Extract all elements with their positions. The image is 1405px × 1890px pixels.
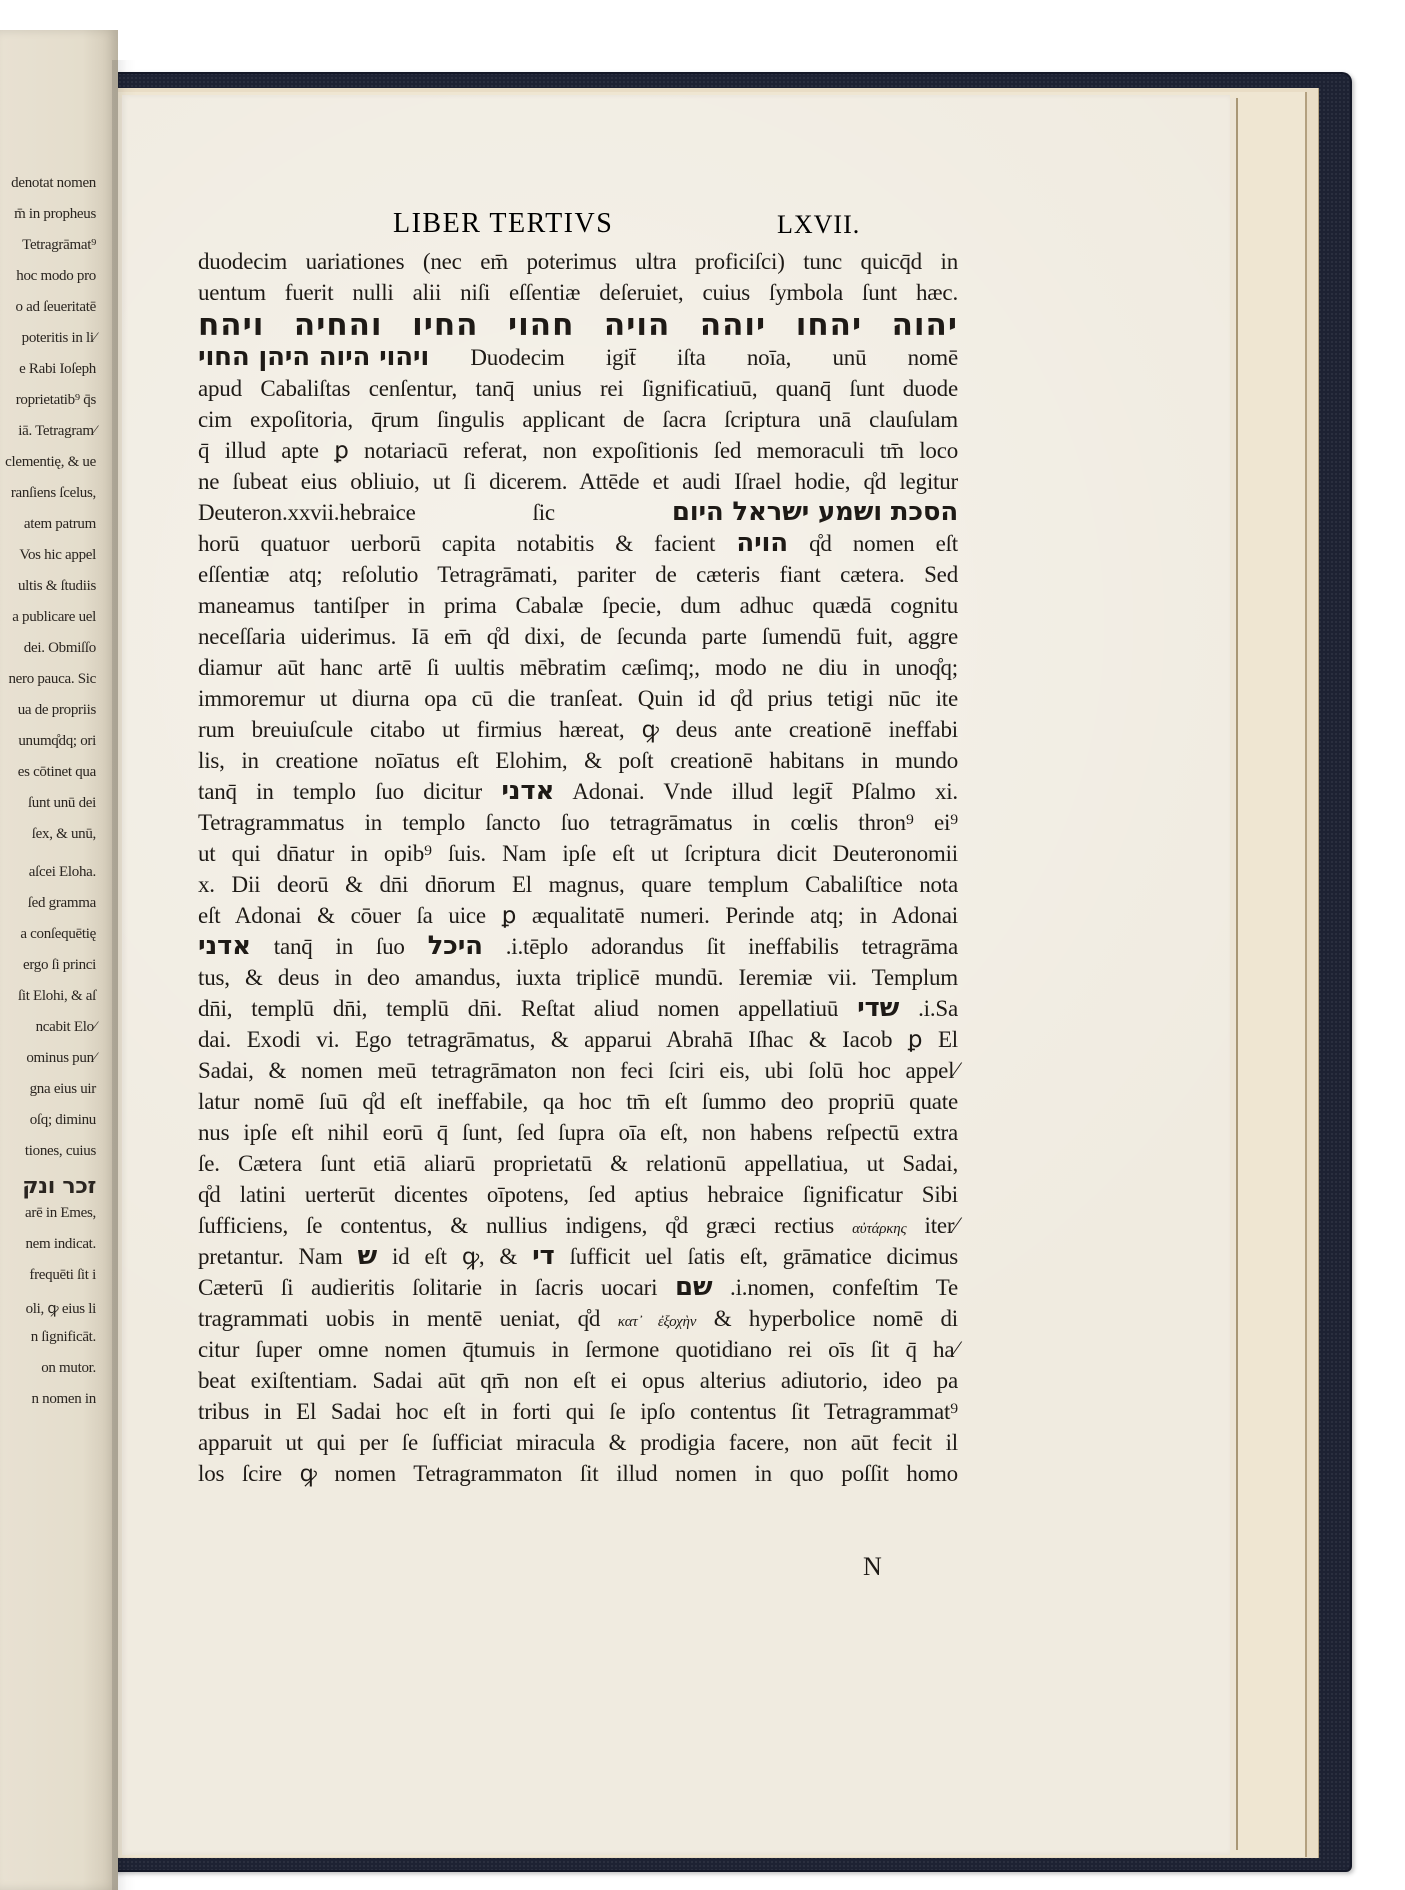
latin-text: duodecim uariationes (nec em̄ poterimus … [198,249,958,274]
text-fragment: aſcei Eloha. [29,864,96,881]
text-fragment: ſit Elohi, & aſ [18,988,96,1005]
text-fragment: Vos hic appel [19,547,96,564]
text-fragment: atem patrum [24,516,96,533]
text-line: Sadai, & nomen meū tetragrāmaton non fec… [198,1055,958,1086]
text-fragment: denotat nomen [11,175,96,192]
text-fragment: nem indicat. [25,1236,96,1253]
text-fragment: ſex, & unū, [32,826,96,843]
latin-text: Adonai. Vnde illud legit̄ Pſalmo xi. [572,779,958,804]
latin-text: q̊d latini uerterūt dicentes oīpotens, ſ… [198,1182,958,1207]
latin-text: ſufficit uel ſatis eſt, grāmatice dicimu… [570,1244,958,1269]
latin-text: .i.tēplo adorandus ſit ineffabilis tetra… [506,934,958,959]
text-fragment: a conſequētię [20,926,96,943]
text-line: ne ſubeat eius obliuio, ut ſi dicerem. A… [198,466,958,497]
latin-text: Cæterū ſi audieritis ſolitarie in ſacris… [198,1275,657,1300]
latin-text: ut qui dn̄atur in opib⁹ ſuis. Nam ipſe e… [198,841,958,866]
text-fragment: gna eius uir [30,1081,96,1098]
text-fragment: es cōtinet qua [18,764,96,781]
text-fragment: poteritis in li⁄ [22,330,96,347]
text-line: los ſcire ꝙ nomen Tetragrammaton ſit ill… [198,1458,958,1489]
text-line: ſe. Cætera ſunt etiā aliarū proprietatū … [198,1148,958,1179]
latin-text: dai. Exodi vi. Ego tetragrāmatus, & appa… [198,1027,958,1052]
latin-text: pretantur. Nam [198,1244,343,1269]
latin-text: Sadai, & nomen meū tetragrāmaton non fec… [198,1058,958,1083]
text-line: nus ipſe eſt nihil eorū q̄ ſunt, ſed ſup… [198,1117,958,1148]
latin-text: horū quatuor uerborū capita notabitis & … [198,531,715,556]
text-line: q̄ illud apte ꝑ notariacū referat, non e… [198,435,958,466]
latin-text: eſt Adonai & cōuer ſa uice ꝑ æqualitatē … [198,903,958,928]
text-line: ſufficiens, ſe contentus, & nullius indi… [198,1210,958,1241]
text-fragment: n nomen in [32,1391,97,1408]
text-line: Tetragrammatus in templo ſancto ſuo tetr… [198,807,958,838]
latin-text: dn̄i, templū dn̄i, templū dn̄i. Reſtat a… [198,996,838,1021]
latin-text: tragrammati uobis in mentē ueniat, q̊d [198,1306,600,1331]
latin-text: citur ſuper omne nomen q̄tumuis in ſermo… [198,1337,958,1362]
text-fragment: e Rabi Ioſeph [19,361,96,378]
text-line: maneamus tantiſper in prima Cabalæ ſpeci… [198,590,958,621]
text-fragment: ergo ſi princi [23,957,96,974]
hebrew-line: יהוה יהחו יוהה הויה חהוי החיו והחיה ויהח [198,307,958,343]
text-fragment: dei. Obmiſſo [24,640,96,657]
hebrew-word: די [532,1241,555,1272]
text-fragment: clementię, & ue [5,454,96,471]
text-line: tus, & deus in deo amandus, iuxta tripli… [198,962,958,993]
hebrew-word: ויהוי היוה היהן החוי [198,342,429,373]
greek-word: αὐτάρκης [852,1221,906,1237]
text-fragment: ua de propriis [18,702,96,719]
text-line: duodecim uariationes (nec em̄ poterimus … [198,246,958,277]
hebrew-word: אדני [198,931,251,962]
text-fragment: frequēti ſit i [29,1267,96,1284]
text-line: Deuteron.xxvii.hebraice ſic הסכת ושמע יש… [198,497,958,528]
text-fragment: ncabit Elo⁄ [36,1019,96,1036]
latin-text: neceſſaria uiderimus. Iā em̄ q̊d dixi, d… [198,624,958,649]
hebrew-word: הויה [736,528,788,559]
latin-text: tribus in El Sadai hoc eſt in forti qui … [198,1399,958,1424]
text-line: dai. Exodi vi. Ego tetragrāmatus, & appa… [198,1024,958,1055]
text-line: Cæterū ſi audieritis ſolitarie in ſacris… [198,1272,958,1303]
hebrew-word: אדני [501,776,554,807]
text-fragment: ominus pun⁄ [26,1050,96,1067]
text-line: ut qui dn̄atur in opib⁹ ſuis. Nam ipſe e… [198,838,958,869]
text-line: immoremur ut diurna opa cū die tranſeat.… [198,683,958,714]
hebrew-word: שם [675,1272,712,1303]
text-fragment: n ſignificāt. [31,1329,96,1346]
latin-text: apparuit ut qui per ſe ſufficiat miracul… [198,1430,958,1455]
signature-mark: N [863,1552,882,1582]
text-line: eſt Adonai & cōuer ſa uice ꝑ æqualitatē … [198,900,958,931]
latin-text: diamur aūt hanc artē ſi uultis mēbratim … [198,655,958,680]
text-fragment: o ad ſeueritatē [16,299,96,316]
text-line: citur ſuper omne nomen q̄tumuis in ſermo… [198,1334,958,1365]
text-line: latur nomē ſuū q̊d eſt ineffabile, qa ho… [198,1086,958,1117]
folio-number: LXVII. [777,210,860,240]
text-fragment: ultis & ſtudiis [18,578,96,595]
text-line: uentum fuerit nulli alii niſi eſſentiæ d… [198,277,958,308]
text-fragment: oſq; diminu [30,1112,96,1129]
latin-text: ne ſubeat eius obliuio, ut ſi dicerem. A… [198,469,958,494]
greek-word: κατ᾽ ἐξοχὴν [618,1314,697,1330]
text-line: אדני tanq̄ in ſuo היכל .i.tēplo adorandu… [198,931,958,962]
text-line: horū quatuor uerborū capita notabitis & … [198,528,958,559]
latin-text: latur nomē ſuū q̊d eſt ineffabile, qa ho… [198,1089,958,1114]
text-line: dn̄i, templū dn̄i, templū dn̄i. Reſtat a… [198,993,958,1024]
latin-text: immoremur ut diurna opa cū die tranſeat.… [198,686,958,711]
latin-text: x. Dii deorū & dn̄i dn̄orum El magnus, q… [198,872,958,897]
text-fragment: ranſiens ſcelus, [11,485,96,502]
latin-text: tanq̄ in templo ſuo dicitur [198,779,482,804]
text-fragment: unumq̊dq; ori [18,733,96,750]
text-fragment: a publicare uel [12,609,96,626]
running-title: LIBER TERTIVS [393,208,613,240]
latin-text: Duodecim igit̄ iſta noīa, unū nomē [470,345,958,370]
latin-text: Tetragrammatus in templo ſancto ſuo tetr… [198,810,958,835]
latin-text: rum breuiuſcule citabo ut firmius hæreat… [198,717,958,742]
text-line: tragrammati uobis in mentē ueniat, q̊d κ… [198,1303,958,1334]
latin-text: lis, in creatione noīatus eſt Elohim, & … [198,748,958,773]
text-line: apud Cabaliſtas cenſentur, tanq̄ unius r… [198,373,958,404]
latin-text: eſſentiæ atq; reſolutio Tetragrāmati, pa… [198,562,958,587]
hebrew-word: היכל [428,931,483,962]
text-fragment: ſunt unū dei [28,795,96,812]
text-line: tanq̄ in templo ſuo dicitur אדני Adonai.… [198,776,958,807]
latin-text: ſufficiens, ſe contentus, & nullius indi… [198,1213,834,1238]
latin-text: q̄ illud apte ꝑ notariacū referat, non e… [198,438,958,463]
text-line: יהוה יהחו יוהה הויה חהוי החיו והחיה ויהח [198,308,958,342]
latin-text: nus ipſe eſt nihil eorū q̄ ſunt, ſed ſup… [198,1120,958,1145]
latin-text: Deuteron.xxvii.hebraice ſic [198,500,555,525]
text-line: apparuit ut qui per ſe ſufficiat miracul… [198,1427,958,1458]
text-line: rum breuiuſcule citabo ut firmius hæreat… [198,714,958,745]
latin-text: beat exiſtentiam. Sadai aūt qm̄ non eſt … [198,1368,958,1393]
left-page-fragment: denotat nomenm̄ in propheusTetragrāmat⁹h… [0,30,118,1890]
text-fragment: roprietatib⁹ q̄s [16,392,96,409]
text-line: x. Dii deorū & dn̄i dn̄orum El magnus, q… [198,869,958,900]
latin-text: cim expoſitoria, q̄rum ſingulis applican… [198,407,958,432]
text-fragment: tiones, cuius [25,1143,96,1160]
text-fragment: Tetragrāmat⁹ [22,237,96,254]
text-line: beat exiſtentiam. Sadai aūt qm̄ non eſt … [198,1365,958,1396]
text-line: tribus in El Sadai hoc eſt in forti qui … [198,1396,958,1427]
text-line: neceſſaria uiderimus. Iā em̄ q̊d dixi, d… [198,621,958,652]
latin-text: & hyperbolice nomē di [714,1306,958,1331]
text-fragment: arē in Emes, [25,1205,96,1222]
latin-text: los ſcire ꝙ nomen Tetragrammaton ſit ill… [198,1461,958,1486]
latin-text: uentum fuerit nulli alii niſi eſſentiæ d… [198,280,958,305]
text-fragment: m̄ in propheus [14,206,96,223]
latin-text: q̊d nomen eſt [809,531,958,556]
text-fragment: on mutor. [41,1360,96,1377]
text-fragment: iā. Tetragram⁄ [18,423,96,440]
text-line: cim expoſitoria, q̄rum ſingulis applican… [198,404,958,435]
hebrew-word: ש [358,1241,378,1272]
latin-text: iter⁄ [925,1213,959,1238]
text-block: duodecim uariationes (nec em̄ poterimus … [198,246,958,1489]
text-line: q̊d latini uerterūt dicentes oīpotens, ſ… [198,1179,958,1210]
text-line: eſſentiæ atq; reſolutio Tetragrāmati, pa… [198,559,958,590]
text-line: pretantur. Nam ש id eſt ꝙ, & די ſufficit… [198,1241,958,1272]
text-line: diamur aūt hanc artē ſi uultis mēbratim … [198,652,958,683]
running-head: LIBER TERTIVS LXVII. [225,208,985,242]
latin-text: apud Cabaliſtas cenſentur, tanq̄ unius r… [198,376,958,401]
latin-text: id eſt ꝙ, & [392,1244,517,1269]
text-fragment: ſed gramma [28,895,96,912]
text-fragment: hoc modo pro [16,268,96,285]
hebrew-fragment: זכר ונק [22,1174,96,1199]
text-line: ויהוי היוה היהן החוי Duodecim igit̄ iſta… [198,342,958,373]
hebrew-word: הסכת ושמע ישראל היום [672,497,958,528]
latin-text: tanq̄ in ſuo [274,934,405,959]
text-line: lis, in creatione noīatus eſt Elohim, & … [198,745,958,776]
text-fragment: oli, ꝙ eius li [26,1298,96,1318]
latin-text: .i.nomen, confeſtim Te [730,1275,958,1300]
latin-text: .i.Sa [918,996,958,1021]
hebrew-word: שדי [857,993,899,1024]
latin-text: maneamus tantiſper in prima Cabalæ ſpeci… [198,593,958,618]
latin-text: ſe. Cætera ſunt etiā aliarū proprietatū … [198,1151,958,1176]
latin-text: tus, & deus in deo amandus, iuxta tripli… [198,965,958,990]
text-fragment: nero pauca. Sic [8,671,96,688]
